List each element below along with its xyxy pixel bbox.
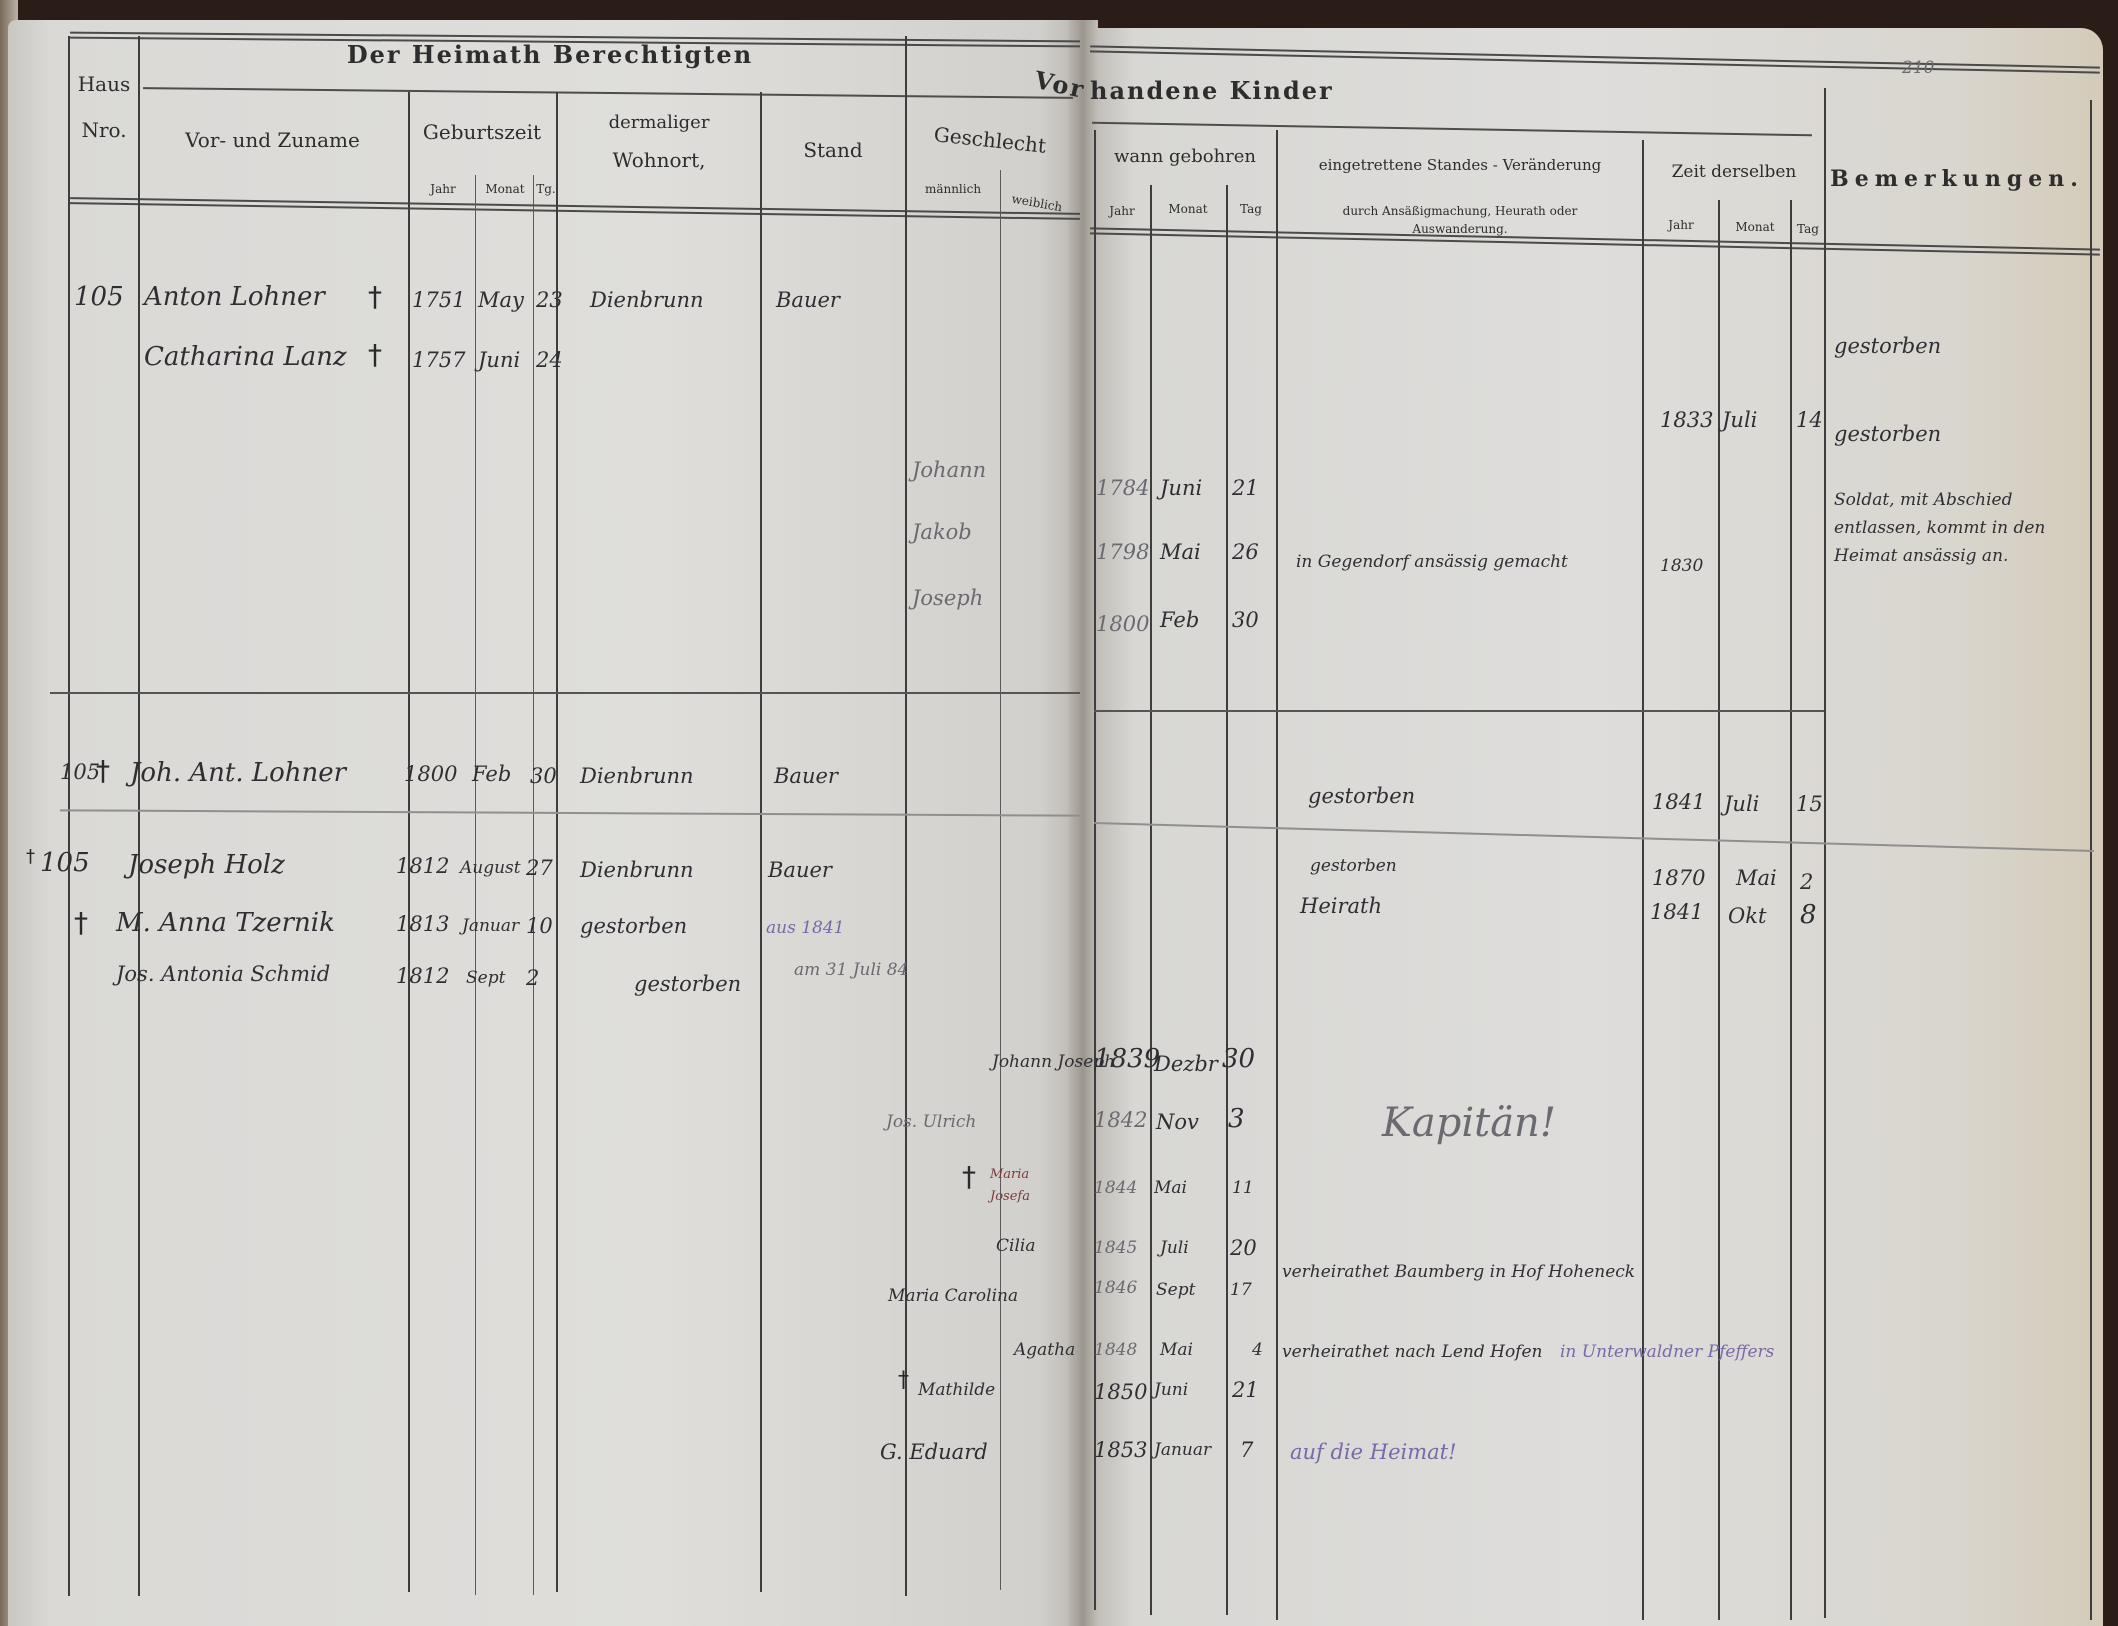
haus-number: 105 [60, 760, 100, 784]
child-name: Jos. Ulrich [886, 1112, 976, 1132]
purple-note: aus 1841 [766, 918, 844, 938]
child-year: 1784 [1096, 476, 1149, 500]
birth-year: 1751 [412, 288, 465, 312]
child-year: 1848 [1094, 1340, 1137, 1360]
status-change-year: 1841 [1652, 790, 1705, 814]
child-name: Mathilde [918, 1380, 995, 1400]
header-zeit-tag: Tag [1792, 222, 1824, 236]
child-day: 21 [1232, 1378, 1259, 1402]
child-day: 11 [1232, 1178, 1254, 1198]
child-year: 1845 [1094, 1238, 1137, 1258]
deceased-cross-icon: † [898, 1368, 909, 1393]
status-change-year: 1841 [1650, 900, 1703, 924]
col-rule [760, 92, 762, 1592]
header-geburtszeit: Geburtszeit [410, 120, 554, 144]
status-change: verheirathet Baumberg in Hof Hoheneck [1282, 1262, 1635, 1282]
header-tag: Tg. [534, 182, 558, 196]
note-kapitaen: Kapitän! [1382, 1100, 1556, 1146]
pencil-note: am 31 Juli 84 [794, 960, 908, 980]
deceased-cross-icon: † [368, 338, 382, 371]
child-year: 1844 [1094, 1178, 1137, 1198]
child-day: 3 [1228, 1104, 1245, 1134]
child-day: 4 [1252, 1340, 1263, 1360]
col-rule [533, 175, 534, 1595]
child-year: 1846 [1094, 1278, 1137, 1298]
haus-number: 105 [74, 282, 124, 312]
deceased-cross-icon: † [26, 846, 35, 867]
birth-month: May [478, 288, 524, 312]
child-day: 17 [1230, 1280, 1252, 1300]
header-bemerkungen: Bemerkungen. [1826, 166, 2088, 192]
section-title-right: handene Kinder [1090, 76, 1330, 105]
header-dermaliger: dermaliger [560, 112, 758, 133]
child-name: Jakob [912, 520, 972, 544]
birth-day: 2 [526, 966, 539, 990]
col-rule [1790, 200, 1792, 1620]
child-name: Maria Josefa [990, 1164, 1050, 1208]
child-month: Mai [1160, 1340, 1193, 1360]
col-rule [905, 36, 907, 1596]
purple-note: auf die Heimat! [1290, 1440, 1457, 1464]
header-maennlich: männlich [906, 182, 1000, 196]
birth-year: 1812 [396, 964, 449, 988]
col-rule [556, 92, 558, 1592]
header-zeit-monat: Monat [1720, 220, 1790, 234]
status-change: Heirath [1300, 894, 1382, 918]
header-monat: Monat [476, 182, 534, 196]
child-year: 1842 [1094, 1108, 1147, 1132]
remark-year: 1833 [1660, 408, 1713, 432]
person-name: M. Anna Tzernik [116, 908, 335, 938]
child-name: G. Eduard [880, 1440, 988, 1464]
col-rule [1642, 140, 1644, 1620]
remark: Soldat, mit Abschied entlassen, kommt in… [1834, 486, 2084, 570]
col-rule [408, 92, 410, 1592]
birth-day: 23 [536, 288, 563, 312]
person-name: Catharina Lanz [144, 342, 347, 372]
page-number: 210 [1902, 58, 1934, 78]
status-change-year: 1830 [1660, 556, 1703, 576]
header-kind-tag: Tag [1228, 202, 1274, 216]
col-rule [1000, 170, 1001, 1590]
child-month: Mai [1154, 1178, 1187, 1198]
status-change-day: 8 [1800, 900, 1817, 930]
status-change: gestorben [1310, 856, 1397, 876]
child-day: 30 [1232, 608, 1259, 632]
wohnort: Dienbrunn [580, 764, 694, 788]
section-title-left: Der Heimath Berechtigten [300, 40, 800, 69]
birth-month: Juni [478, 348, 520, 372]
status-change: verheirathet nach Lend Hofen [1282, 1342, 1542, 1362]
birth-month: Feb [472, 762, 511, 786]
col-rule [1824, 88, 1826, 1618]
header-haus: Haus [72, 72, 136, 96]
person-name: Joh. Ant. Lohner [130, 758, 346, 788]
header-name: Vor- und Zuname [140, 128, 405, 152]
block-separator [50, 692, 1080, 694]
person-name: Anton Lohner [144, 282, 325, 312]
child-month: Nov [1156, 1110, 1199, 1134]
header-veraenderung: eingetrettene Standes - Veränderung [1280, 156, 1640, 174]
col-rule [1226, 185, 1228, 1615]
child-month: Sept [1156, 1280, 1195, 1300]
col-rule [68, 36, 70, 1596]
child-name: Agatha [1014, 1340, 1075, 1360]
child-day: 26 [1232, 540, 1259, 564]
child-month: Juni [1154, 1380, 1188, 1400]
remark-day: 14 [1796, 408, 1823, 432]
deceased-cross-icon: † [962, 1160, 976, 1193]
col-rule [475, 175, 476, 1595]
birth-month: Januar [462, 916, 519, 936]
remark: gestorben [1834, 334, 1941, 358]
header-zeit-derselben: Zeit derselben [1644, 162, 1824, 182]
birth-year: 1757 [412, 348, 465, 372]
child-name: Maria Carolina [888, 1286, 1018, 1306]
deceased-cross-icon: † [96, 754, 110, 787]
wohnort: gestorben [580, 914, 687, 938]
header-nro: Nro. [72, 118, 136, 142]
child-day: 21 [1232, 476, 1259, 500]
status-change-day: 2 [1800, 870, 1813, 894]
child-name: Cilia [996, 1236, 1035, 1256]
birth-day: 10 [526, 914, 553, 938]
birth-day: 30 [530, 764, 557, 788]
stand: Bauer [768, 858, 832, 882]
header-veraenderung-sub2: Auswanderung. [1280, 222, 1640, 236]
child-year: 1853 [1094, 1438, 1147, 1462]
deceased-cross-icon: † [368, 280, 382, 313]
remark: gestorben [1834, 422, 1941, 446]
stand: Bauer [776, 288, 840, 312]
child-year: 1839 [1094, 1044, 1160, 1074]
birth-month: Sept [466, 968, 505, 988]
col-rule [1150, 185, 1152, 1615]
status-change-year: 1870 [1652, 866, 1705, 890]
child-name: Johann [912, 458, 986, 482]
remark-month: Juli [1722, 408, 1757, 432]
header-zeit-jahr: Jahr [1644, 218, 1718, 232]
child-month: Juni [1160, 476, 1202, 500]
header-wann-gebohren: wann gebohren [1096, 146, 1274, 167]
child-month: Juli [1160, 1238, 1189, 1258]
wohnort: Dienbrunn [580, 858, 694, 882]
purple-note: in Unterwaldner Pfeffers [1560, 1342, 1774, 1362]
birth-year: 1800 [404, 762, 457, 786]
child-day: 30 [1222, 1044, 1255, 1074]
person-name: Jos. Antonia Schmid [116, 962, 330, 986]
status-change: in Gegendorf ansässig gemacht [1296, 552, 1596, 572]
birth-month: August [460, 858, 521, 878]
child-month: Feb [1160, 608, 1199, 632]
status-change: gestorben [1308, 784, 1415, 808]
header-jahr: Jahr [410, 182, 476, 196]
block-separator [1094, 710, 1824, 712]
stand: Bauer [774, 764, 838, 788]
header-kind-monat: Monat [1152, 202, 1224, 216]
col-rule [1276, 130, 1278, 1620]
birth-day: 27 [526, 856, 553, 880]
status-change-day: 15 [1796, 792, 1823, 816]
status-change-month: Okt [1728, 904, 1766, 928]
col-rule [2090, 100, 2092, 1620]
col-rule [1718, 200, 1720, 1620]
header-stand: Stand [762, 138, 904, 162]
child-month: Mai [1160, 540, 1201, 564]
child-day: 7 [1240, 1438, 1253, 1462]
haus-number: 105 [40, 848, 90, 878]
child-month: Januar [1154, 1440, 1211, 1460]
header-kind-jahr: Jahr [1096, 204, 1148, 218]
status-change-month: Mai [1736, 866, 1777, 890]
deceased-cross-icon: † [74, 906, 88, 939]
child-day: 20 [1230, 1236, 1257, 1260]
col-rule [138, 36, 140, 1596]
header-veraenderung-sub1: durch Ansäßigmachung, Heurath oder [1280, 204, 1640, 218]
status-change-month: Juli [1724, 792, 1759, 816]
child-year: 1800 [1096, 612, 1149, 636]
child-year: 1798 [1096, 540, 1149, 564]
wohnort: Dienbrunn [590, 288, 704, 312]
child-year: 1850 [1094, 1380, 1147, 1404]
header-wohnort: Wohnort, [560, 148, 758, 172]
child-month: Dezbr [1154, 1052, 1218, 1076]
wohnort: gestorben [634, 972, 741, 996]
birth-year: 1813 [396, 912, 449, 936]
birth-year: 1812 [396, 854, 449, 878]
birth-day: 24 [536, 348, 563, 372]
child-name: Joseph [912, 586, 983, 610]
person-name: Joseph Holz [128, 850, 285, 880]
